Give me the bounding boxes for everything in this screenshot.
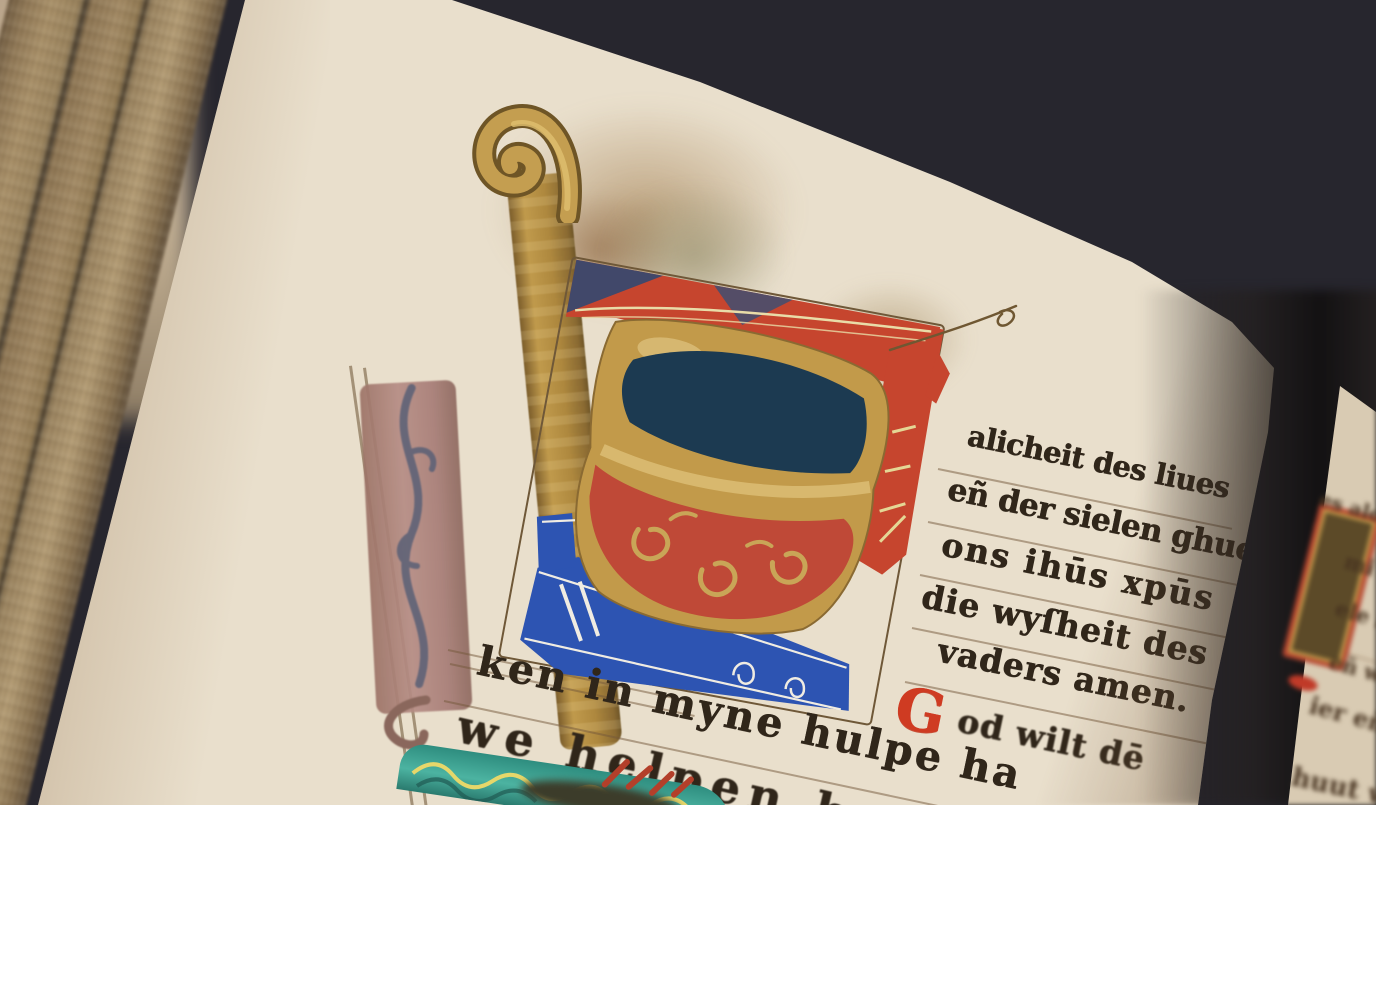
facing-page: es aloe mi ele h eñ wi ier eñ hebb huut … [0, 0, 1376, 805]
facing-page-parchment [0, 0, 1376, 805]
screenshot-canvas: alicheit des liues eñ der sielen ghue on… [0, 0, 1376, 1000]
manuscript-photo: alicheit des liues eñ der sielen ghue on… [0, 0, 1376, 805]
